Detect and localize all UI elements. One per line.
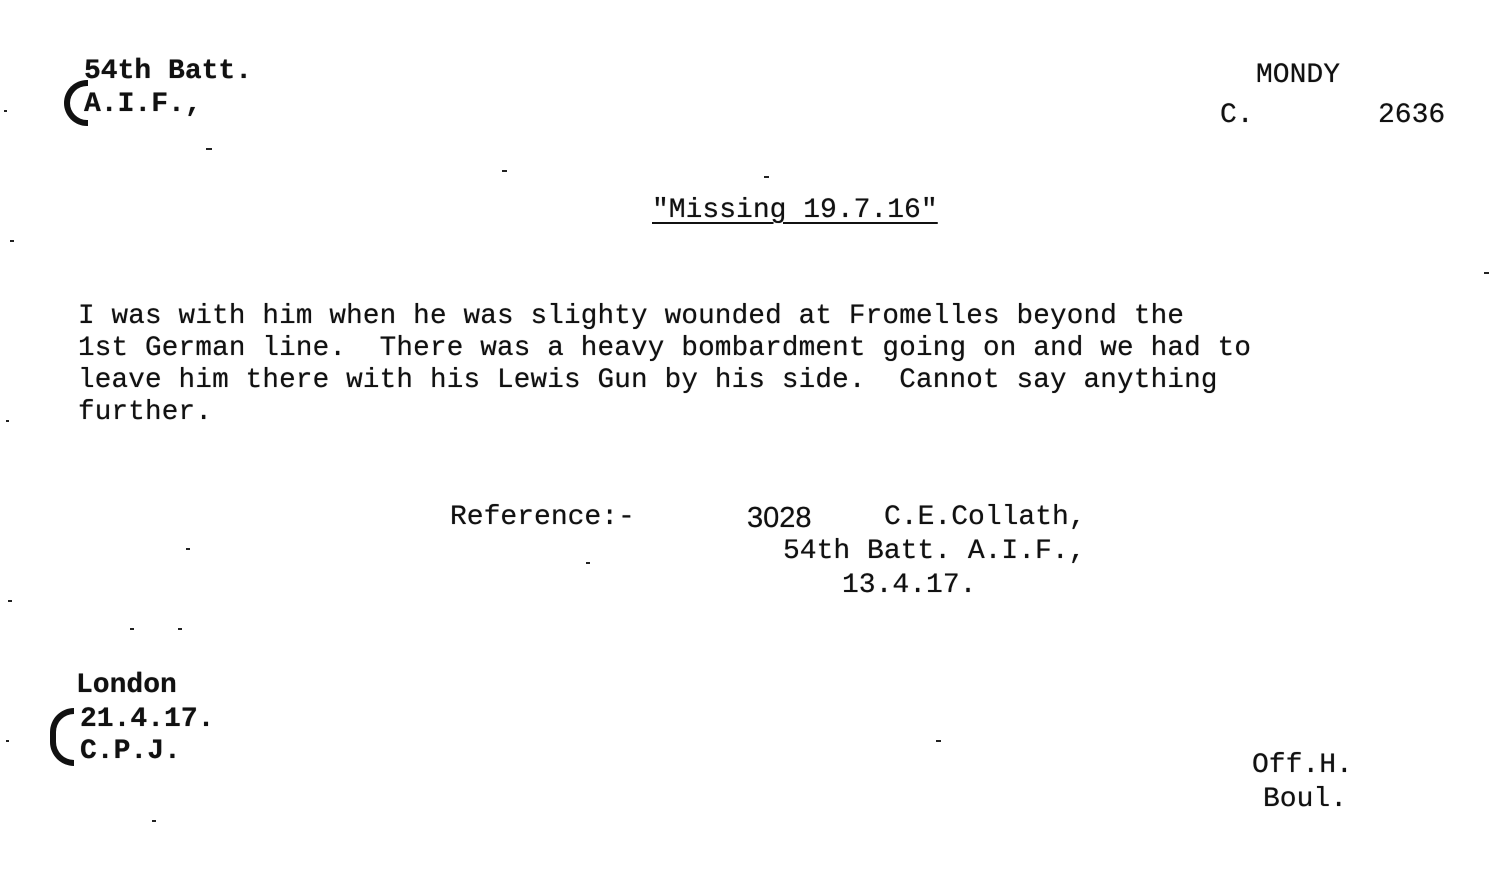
reference-service-number: 3028 [747, 504, 812, 533]
scan-speck [502, 170, 507, 172]
scan-speck [152, 820, 156, 822]
scan-speck [8, 600, 12, 602]
office-line-1: Off.H. [1252, 752, 1353, 780]
case-number: 2636 [1378, 102, 1445, 130]
reference-unit: 54th Batt. A.I.F., [783, 538, 1085, 566]
scan-speck [6, 420, 9, 422]
force-label: A.I.F., [84, 91, 202, 119]
scan-speck [178, 628, 182, 630]
scan-speck [6, 740, 9, 742]
office-line-2: Boul. [1263, 786, 1347, 814]
scan-speck [1484, 272, 1489, 274]
statement-line: I was with him when he was slighty wound… [78, 303, 1184, 331]
footer-initials: C.P.J. [80, 738, 181, 766]
scan-speck [764, 176, 769, 178]
footer-place: London [76, 672, 177, 700]
statement-line: 1st German line. There was a heavy bomba… [78, 335, 1251, 363]
battalion-label: 54th Batt. [84, 58, 252, 86]
scan-speck [130, 628, 134, 630]
scan-speck [186, 548, 190, 550]
reference-date: 13.4.17. [842, 572, 976, 600]
scan-speck [4, 110, 7, 112]
scan-speck [586, 562, 590, 564]
scan-speck [206, 148, 212, 150]
handwritten-bracket-mark [50, 708, 74, 766]
soldier-surname: MONDY [1256, 62, 1340, 90]
reference-label: Reference:- [450, 504, 635, 532]
scan-speck [936, 740, 941, 742]
scan-speck [10, 240, 14, 242]
footer-date: 21.4.17. [80, 706, 214, 734]
document-title: "Missing 19.7.16" [652, 197, 938, 225]
statement-line: further. [78, 399, 212, 427]
statement-line: leave him there with his Lewis Gun by hi… [78, 367, 1218, 395]
reference-name: C.E.Collath, [884, 504, 1086, 532]
case-label: C. [1220, 102, 1254, 130]
